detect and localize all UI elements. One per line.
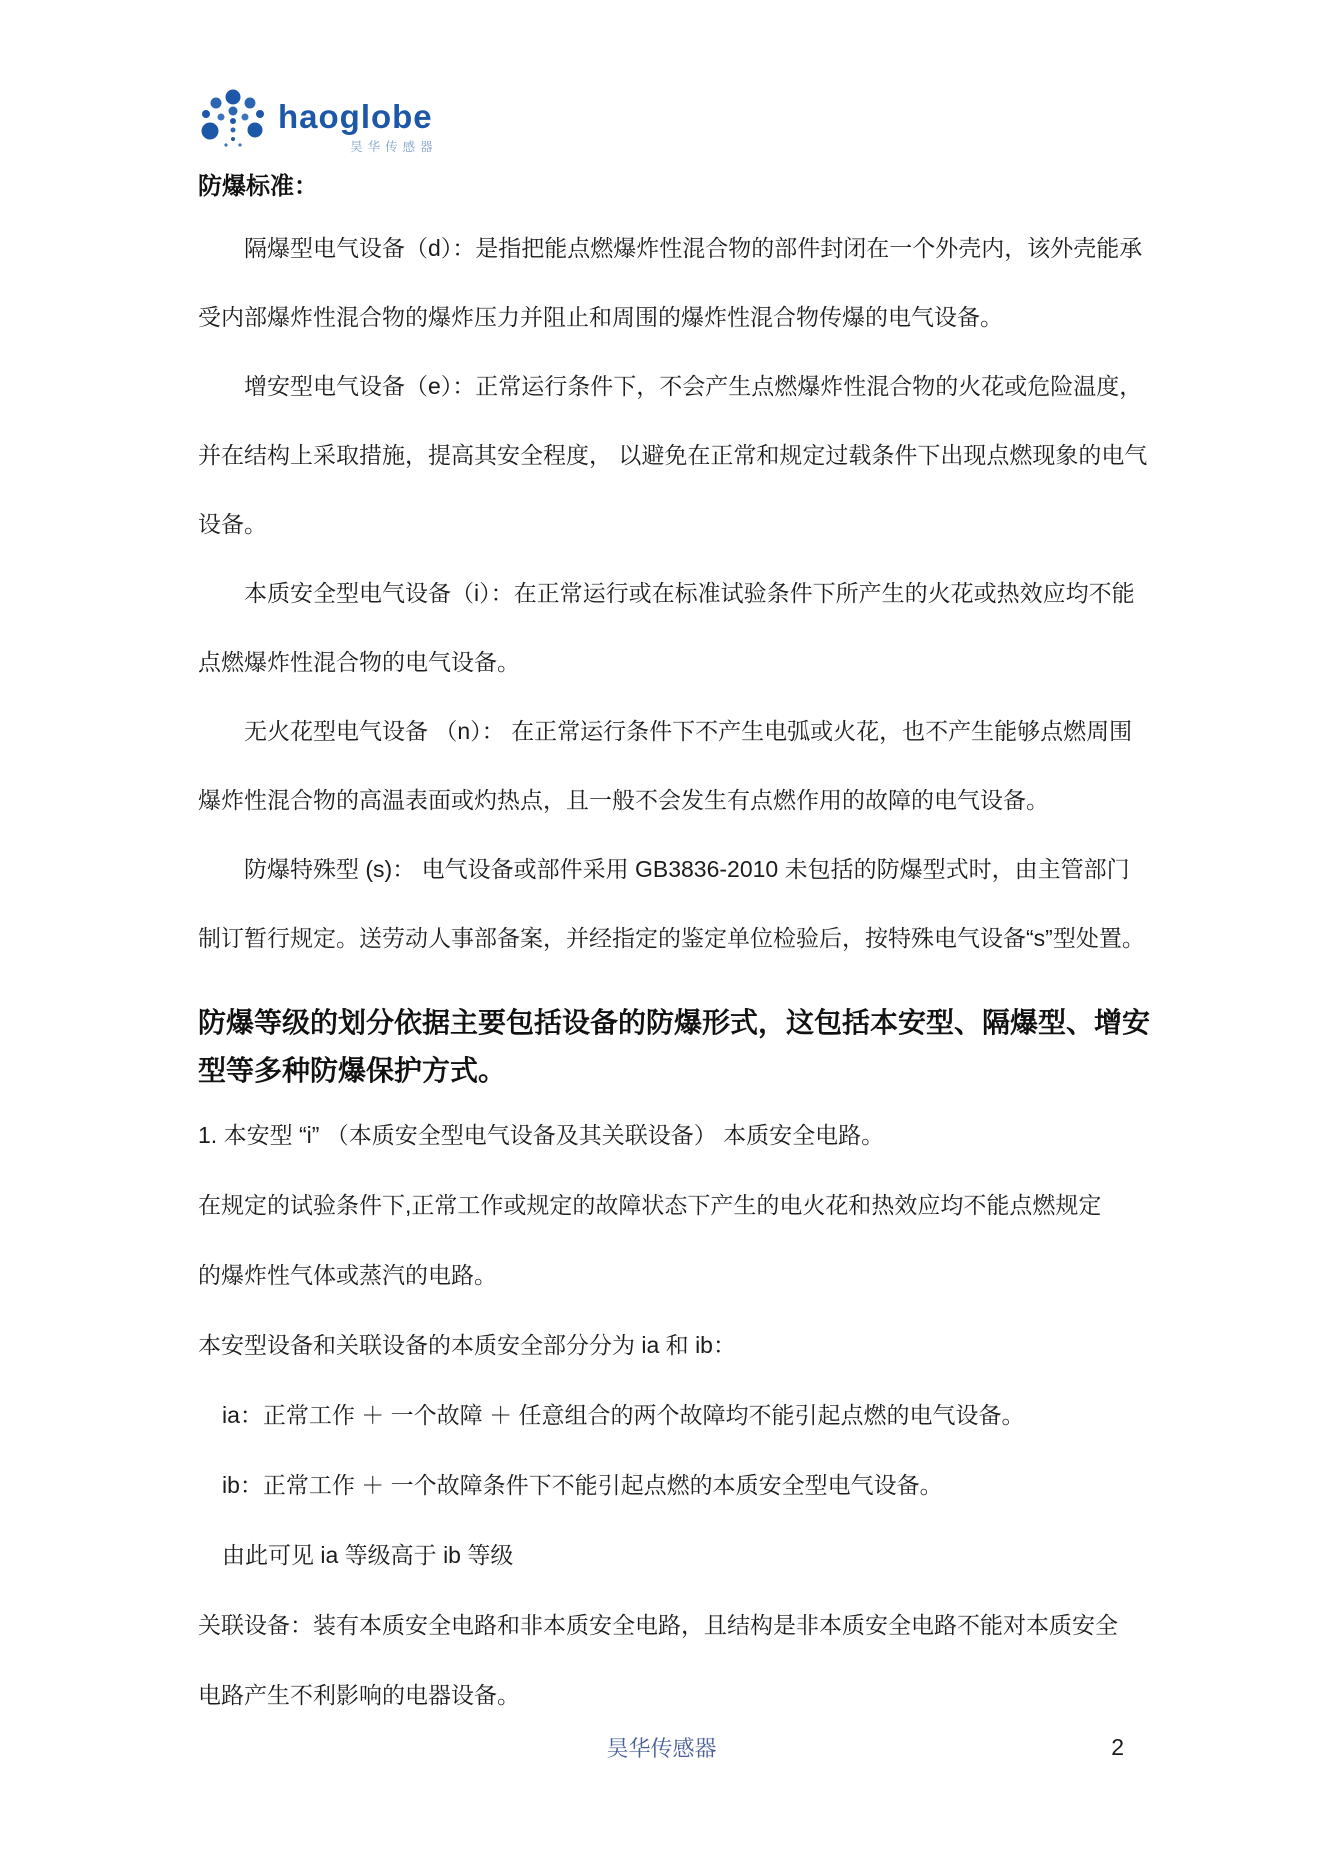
company-logo: haoglobe 昊华传感器 xyxy=(200,88,433,155)
grades-section: 1. 本安型 “i” （本质安全型电气设备及其关联设备） 本质安全电路。 在规定… xyxy=(198,1100,1166,1730)
logo-subtitle-text: 昊华传感器 xyxy=(350,137,438,155)
document-body: 隔爆型电气设备（d）：是指把能点燃爆炸性混合物的部件封闭在一个外壳内，该外壳能承… xyxy=(198,214,1166,1730)
paragraph-line: 本质安全型电气设备（i）：在正常运行或在标准试验条件下所产生的火花或热效应均不能 xyxy=(198,559,1166,628)
paragraph-line: 本安型设备和关联设备的本质安全部分分为 ia 和 ib： xyxy=(198,1310,1166,1380)
paragraph-line: 点燃爆炸性混合物的电气设备。 xyxy=(198,628,1166,697)
paragraph-line: 1. 本安型 “i” （本质安全型电气设备及其关联设备） 本质安全电路。 xyxy=(198,1100,1166,1170)
page-title: 防爆标准： xyxy=(198,166,318,201)
paragraph-line: 并在结构上采取措施，提高其安全程度， 以避免在正常和规定过载条件下出现点燃现象的… xyxy=(198,421,1166,490)
logo-dots-icon xyxy=(200,88,266,150)
paragraph-line: 制订暂行规定。送劳动人事部备案，并经指定的鉴定单位检验后，按特殊电气设备“s”型… xyxy=(198,904,1166,973)
paragraph-line: 爆炸性混合物的高温表面或灼热点，且一般不会发生有点燃作用的故障的电气设备。 xyxy=(198,766,1166,835)
document-page: haoglobe 昊华传感器 防爆标准： 隔爆型电气设备（d）：是指把能点燃爆炸… xyxy=(0,0,1323,1871)
paragraph-line: ia：正常工作 ＋ 一个故障 ＋ 任意组合的两个故障均不能引起点燃的电气设备。 xyxy=(198,1380,1166,1450)
heading-line: 型等多种防爆保护方式。 xyxy=(198,1047,1166,1095)
logo-brand-text: haoglobe xyxy=(278,102,433,132)
paragraph-line: 的爆炸性气体或蒸汽的电路。 xyxy=(198,1240,1166,1310)
paragraph-line: 受内部爆炸性混合物的爆炸压力并阻止和周围的爆炸性混合物传爆的电气设备。 xyxy=(198,283,1166,352)
paragraph-line: 电路产生不利影响的电器设备。 xyxy=(198,1660,1166,1730)
grade-section-heading: 防爆等级的划分依据主要包括设备的防爆形式，这包括本安型、隔爆型、增安 型等多种防… xyxy=(198,999,1166,1095)
paragraph-line: 在规定的试验条件下,正常工作或规定的故障状态下产生的电火花和热效应均不能点燃规定 xyxy=(198,1170,1166,1240)
paragraph-line: 由此可见 ia 等级高于 ib 等级 xyxy=(198,1520,1166,1590)
paragraph-line: 防爆特殊型 (s)： 电气设备或部件采用 GB3836-2010 未包括的防爆型… xyxy=(198,835,1166,904)
paragraph-line: 设备。 xyxy=(198,490,1166,559)
paragraph-line: ib：正常工作 ＋ 一个故障条件下不能引起点燃的本质安全型电气设备。 xyxy=(198,1450,1166,1520)
heading-line: 防爆等级的划分依据主要包括设备的防爆形式，这包括本安型、隔爆型、增安 xyxy=(198,999,1166,1047)
paragraph-line: 无火花型电气设备 （n）： 在正常运行条件下不产生电弧或火花，也不产生能够点燃周… xyxy=(198,697,1166,766)
logo-wordmark: haoglobe 昊华传感器 xyxy=(278,102,433,155)
paragraph-line: 关联设备：装有本质安全电路和非本质安全电路，且结构是非本质安全电路不能对本质安全 xyxy=(198,1590,1166,1660)
footer-company-name: 昊华传感器 xyxy=(0,1732,1323,1763)
standards-section: 隔爆型电气设备（d）：是指把能点燃爆炸性混合物的部件封闭在一个外壳内，该外壳能承… xyxy=(198,214,1166,973)
paragraph-line: 隔爆型电气设备（d）：是指把能点燃爆炸性混合物的部件封闭在一个外壳内，该外壳能承 xyxy=(198,214,1166,283)
footer-page-number: 2 xyxy=(1060,1734,1124,1761)
paragraph-line: 增安型电气设备（e）：正常运行条件下，不会产生点燃爆炸性混合物的火花或危险温度， xyxy=(198,352,1166,421)
